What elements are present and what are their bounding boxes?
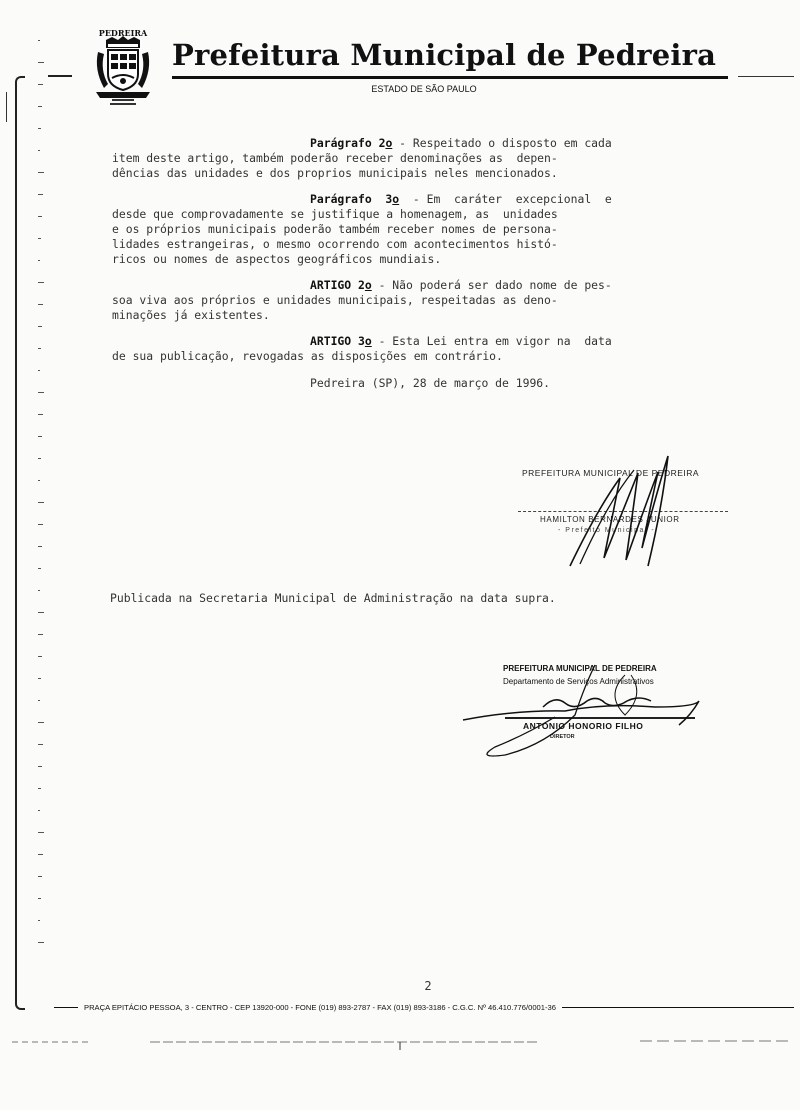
- director-signature-block: PREFEITURA MUNICIPAL DE PEDREIRA Departa…: [455, 655, 725, 770]
- footer-address-text: PRAÇA EPITÁCIO PESSOA, 3 - CENTRO - CEP …: [84, 1003, 556, 1012]
- form-top-dash: [48, 75, 72, 77]
- page-number: 2: [0, 979, 800, 993]
- article-lead: ARTIGO 2o: [310, 278, 372, 292]
- municipal-crest-icon: PEDREIRA: [90, 26, 156, 106]
- state-subtitle: ESTADO DE SÃO PAULO: [0, 84, 800, 94]
- article-lead: ARTIGO 3o: [310, 334, 372, 348]
- handwritten-signature-icon: [455, 655, 725, 770]
- mayor-signature-block: PREFEITURA MUNICIPAL DE PEDREIRA HAMILTO…: [508, 448, 738, 568]
- page-title: Prefeitura Municipal de Pedreira: [172, 38, 716, 72]
- footer-address: PRAÇA EPITÁCIO PESSOA, 3 - CENTRO - CEP …: [54, 1003, 800, 1012]
- margin-hole-marks: [38, 40, 46, 980]
- paragraph-2: Parágrafo 2o - Respeitado o disposto em …: [112, 136, 732, 181]
- title-underline-extension: [738, 76, 794, 77]
- paragraph-lead: Parágrafo 2o: [310, 136, 392, 150]
- article-3: ARTIGO 3o - Esta Lei entra em vigor na d…: [112, 334, 732, 364]
- paragraph-3: Parágrafo 3o - Em caráter excepcional e …: [112, 192, 732, 267]
- date-line: Pedreira (SP), 28 de março de 1996.: [112, 376, 732, 391]
- article-2: ARTIGO 2o - Não poderá ser dado nome de …: [112, 278, 732, 323]
- document-page: PEDREIRA Prefeitura Municipal de Pedreir…: [0, 0, 800, 1110]
- publication-note: Publicada na Secretaria Municipal de Adm…: [110, 591, 556, 605]
- footer-rule-right: [562, 1007, 794, 1008]
- footer-rule-left: [54, 1007, 78, 1008]
- scan-noise-line: [0, 1040, 800, 1050]
- law-body: Parágrafo 2o - Respeitado o disposto em …: [112, 136, 732, 391]
- form-left-border: [15, 76, 25, 1010]
- scan-mark: [6, 92, 7, 122]
- paragraph-lead: Parágrafo 3o: [310, 192, 399, 206]
- handwritten-signature-icon: [508, 448, 738, 568]
- title-underline: [172, 76, 728, 79]
